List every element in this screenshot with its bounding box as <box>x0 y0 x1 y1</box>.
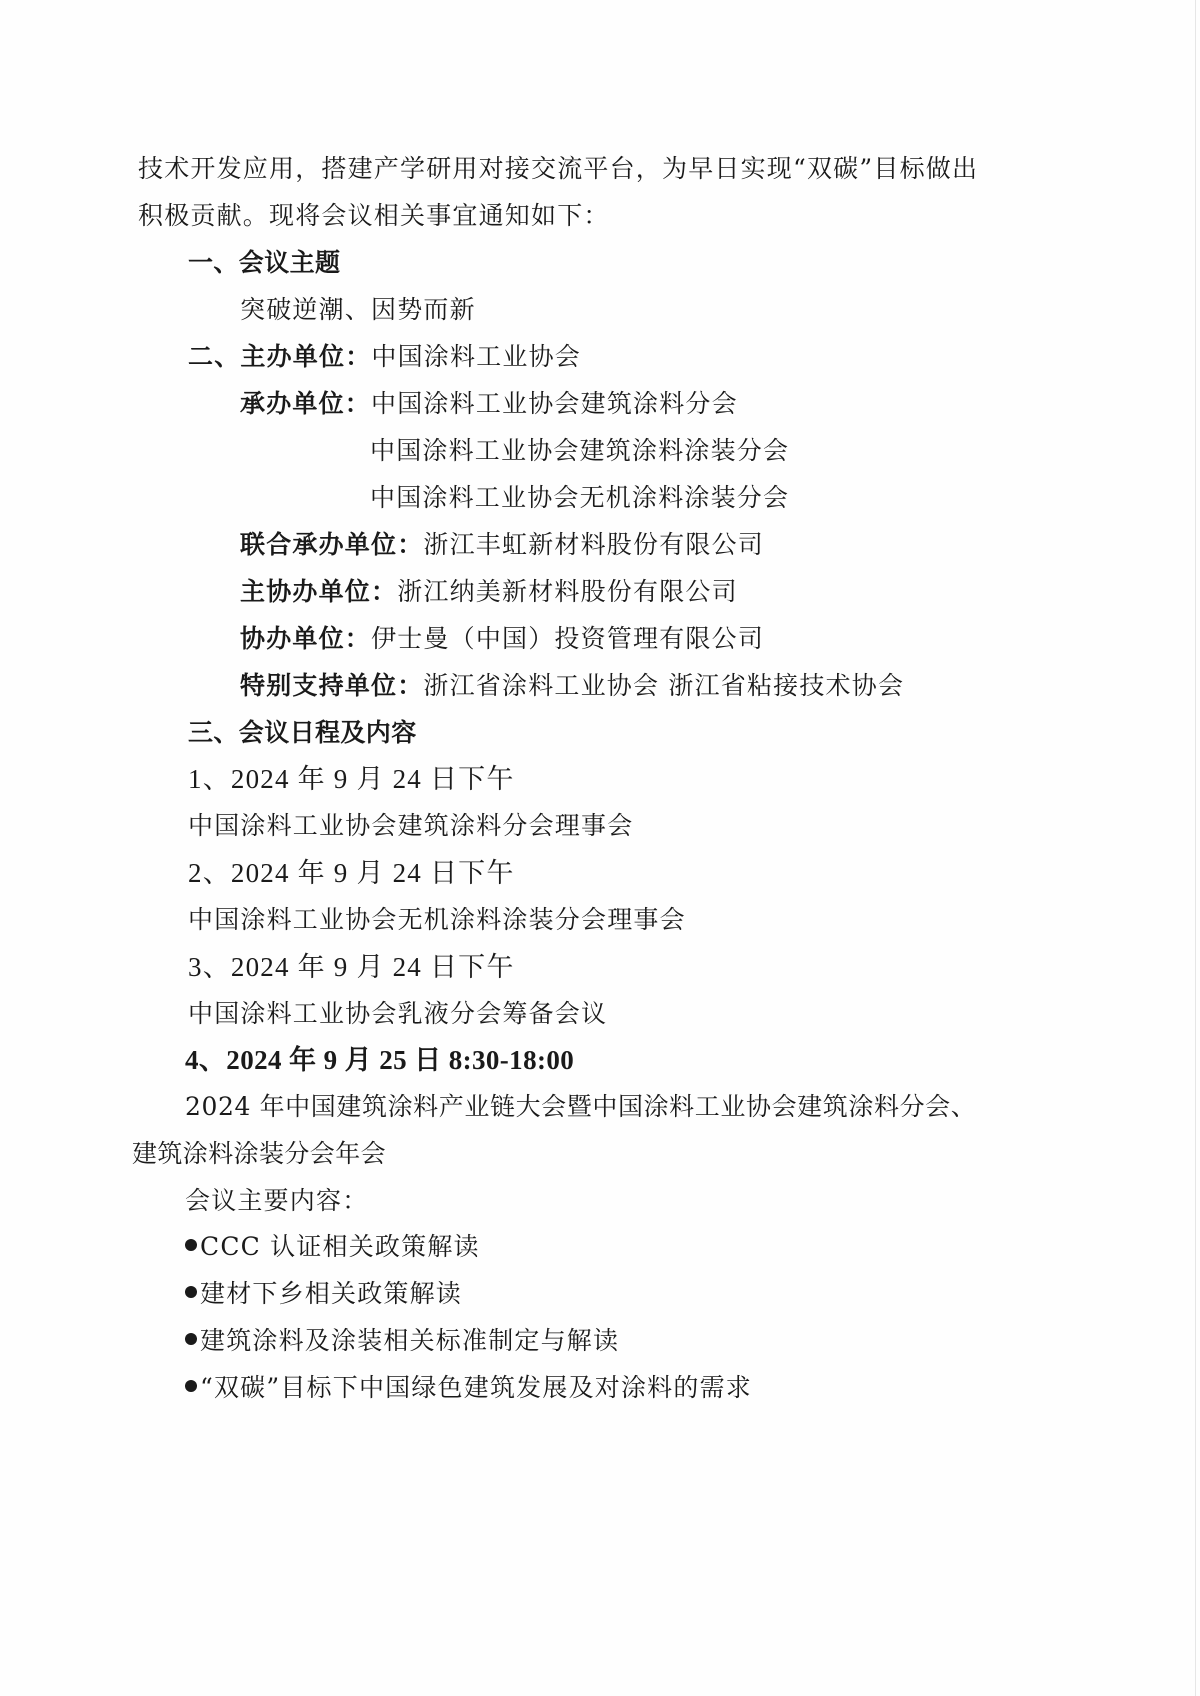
co-organizer-value: 浙江丰虹新材料股份有限公司 <box>423 530 764 559</box>
schedule-1-time: 1、2024 年 9 月 24 日下午 <box>188 762 515 796</box>
main-assistant-value: 浙江纳美新材料股份有限公司 <box>397 577 738 606</box>
assistant-value: 伊士曼（中国）投资管理有限公司 <box>371 624 764 653</box>
bullet-dot-icon <box>185 1333 197 1345</box>
bullet-text: 建材下乡相关政策解读 <box>200 1279 462 1308</box>
section-3-heading: 三、会议日程及内容 <box>188 716 417 750</box>
schedule-1-event: 中国涂料工业协会建筑涂料分会理事会 <box>188 809 633 843</box>
bullet-item: CCC 认证相关政策解读 <box>185 1230 480 1264</box>
schedule-4-event-line-1: 2024 年中国建筑涂料产业链大会暨中国涂料工业协会建筑涂料分会、 <box>185 1090 976 1124</box>
co-organizer-label: 联合承办单位： <box>240 530 423 559</box>
bullet-dot-icon <box>185 1239 197 1251</box>
bullet-text: “双碳”目标下中国绿色建筑发展及对涂料的需求 <box>200 1373 752 1402</box>
main-assistant-label: 主协办单位： <box>240 577 397 606</box>
bullet-item: 建筑涂料及涂装相关标准制定与解读 <box>185 1324 619 1358</box>
organizer-row: 承办单位：中国涂料工业协会建筑涂料分会 <box>240 387 738 421</box>
intro-line-2: 积极贡献。现将会议相关事宜通知如下： <box>138 199 610 233</box>
bullet-dot-icon <box>185 1380 197 1392</box>
intro-line-1: 技术开发应用，搭建产学研用对接交流平台，为早日实现“双碳”目标做出 <box>138 152 978 186</box>
special-support-value: 浙江省涂料工业协会 浙江省粘接技术协会 <box>423 671 904 700</box>
schedule-3-time: 3、2024 年 9 月 24 日下午 <box>188 950 515 984</box>
bullet-text: CCC 认证相关政策解读 <box>200 1232 480 1261</box>
organizer-value-1: 中国涂料工业协会建筑涂料分会 <box>371 389 738 418</box>
meeting-theme: 突破逆潮、因势而新 <box>240 293 476 327</box>
main-content-label: 会议主要内容： <box>185 1184 368 1218</box>
schedule-2-time: 2、2024 年 9 月 24 日下午 <box>188 856 515 890</box>
main-assistant-row: 主协办单位：浙江纳美新材料股份有限公司 <box>240 575 738 609</box>
co-organizer-row: 联合承办单位：浙江丰虹新材料股份有限公司 <box>240 528 764 562</box>
document-page: 技术开发应用，搭建产学研用对接交流平台，为早日实现“双碳”目标做出 积极贡献。现… <box>0 0 1200 1696</box>
bullet-item: “双碳”目标下中国绿色建筑发展及对涂料的需求 <box>185 1371 752 1405</box>
schedule-2-event: 中国涂料工业协会无机涂料涂装分会理事会 <box>188 903 686 937</box>
section-1-heading: 一、会议主题 <box>188 246 340 280</box>
schedule-4-event-line-2: 建筑涂料涂装分会年会 <box>132 1137 386 1171</box>
bullet-text: 建筑涂料及涂装相关标准制定与解读 <box>200 1326 619 1355</box>
special-support-label: 特别支持单位： <box>240 671 423 700</box>
schedule-4-time: 4、2024 年 9 月 25 日 8:30-18:00 <box>185 1043 574 1077</box>
bullet-item: 建材下乡相关政策解读 <box>185 1277 462 1311</box>
host-row: 二、主办单位：中国涂料工业协会 <box>188 340 581 374</box>
assistant-row: 协办单位：伊士曼（中国）投资管理有限公司 <box>240 622 764 656</box>
organizer-label: 承办单位： <box>240 389 371 418</box>
organizer-value-3: 中国涂料工业协会无机涂料涂装分会 <box>370 481 789 515</box>
bullet-dot-icon <box>185 1286 197 1298</box>
host-value: 中国涂料工业协会 <box>371 342 581 371</box>
organizer-value-2: 中国涂料工业协会建筑涂料涂装分会 <box>370 434 789 468</box>
scan-edge-line <box>1195 0 1196 1696</box>
schedule-3-event: 中国涂料工业协会乳液分会筹备会议 <box>188 997 607 1031</box>
special-support-row: 特别支持单位：浙江省涂料工业协会 浙江省粘接技术协会 <box>240 669 904 703</box>
assistant-label: 协办单位： <box>240 624 371 653</box>
host-label: 二、主办单位： <box>188 342 371 371</box>
